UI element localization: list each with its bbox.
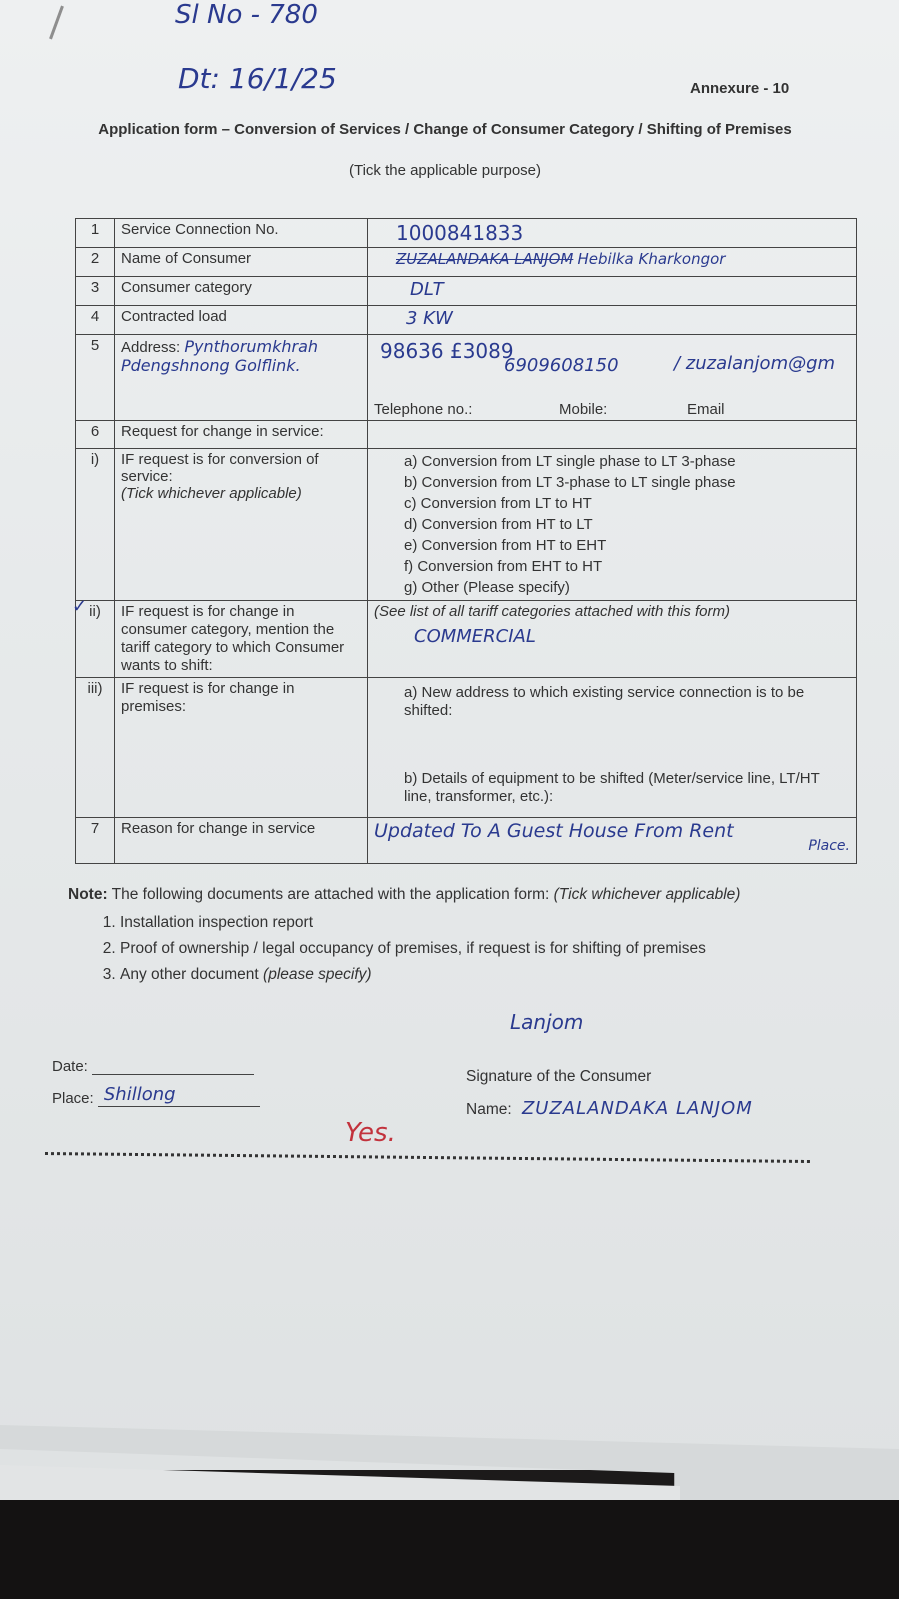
- service-connection-value: 1000841833: [374, 221, 523, 245]
- field-note: (Tick whichever applicable): [121, 485, 361, 502]
- row-number: 2: [76, 248, 115, 277]
- option-lt3-to-lt1[interactable]: b) Conversion from LT 3-phase to LT sing…: [404, 472, 850, 493]
- mobile-value: 6909608150: [504, 355, 619, 376]
- field-label: IF request is for conversion of service:: [121, 451, 361, 485]
- table-row: iii) IF request is for change in premise…: [76, 678, 857, 818]
- email-label: Email: [687, 401, 725, 418]
- tariff-category-value: COMMERCIAL: [374, 626, 850, 647]
- table-row: 2 Name of Consumer ZUZALANDAKA LANJOM He…: [76, 248, 857, 277]
- table-row: 6 Request for change in service:: [76, 421, 857, 449]
- name-label: Name:: [466, 1101, 512, 1118]
- checkmark-icon: ✓: [72, 596, 87, 617]
- notes-section: Note: The following documents are attach…: [68, 884, 798, 990]
- row-number: 7: [76, 818, 115, 864]
- date-underline: [92, 1060, 254, 1075]
- date-annotation: Dt: 16/1/25: [178, 62, 337, 95]
- form-title: Application form – Conversion of Service…: [95, 120, 795, 140]
- row-number: 3: [76, 277, 115, 306]
- row-number: 5: [76, 335, 115, 421]
- background-surface: [0, 1500, 899, 1599]
- option-ht-to-eht[interactable]: e) Conversion from HT to EHT: [404, 535, 850, 556]
- table-row: i) IF request is for conversion of servi…: [76, 449, 857, 601]
- table-row: ii) IF request is for change in consumer…: [76, 601, 857, 678]
- option-lt-to-ht[interactable]: c) Conversion from LT to HT: [404, 493, 850, 514]
- consumer-name-field[interactable]: ZUZALANDAKA LANJOM Hebilka Kharkongor: [368, 248, 857, 277]
- new-address-option: a) New address to which existing service…: [374, 684, 850, 720]
- approval-annotation: Yes.: [345, 1118, 396, 1148]
- address-line-2: Pdengshnong Golflink.: [121, 356, 301, 375]
- field-label: Consumer category: [115, 277, 368, 306]
- contracted-load-value: 3 KW: [374, 308, 453, 329]
- place-field[interactable]: Place: Shillong: [52, 1090, 260, 1107]
- field-label: Name of Consumer: [115, 248, 368, 277]
- field-label: Address:: [121, 339, 180, 356]
- equipment-option: b) Details of equipment to be shifted (M…: [374, 770, 850, 806]
- row-number: 6: [76, 421, 115, 449]
- note-italic: (Tick whichever applicable): [554, 886, 741, 903]
- note-text: The following documents are attached wit…: [108, 886, 554, 903]
- document-item: Installation inspection report: [120, 914, 313, 931]
- conversion-options: a) Conversion from LT single phase to LT…: [368, 449, 857, 601]
- field-label: Contracted load: [115, 306, 368, 335]
- consumer-category-field[interactable]: DLT: [368, 277, 857, 306]
- address-line-1: Pynthorumkhrah: [184, 337, 318, 356]
- contact-field[interactable]: 98636 £3089 6909608150 / zuzalanjom@gm T…: [368, 335, 857, 421]
- field-label: IF request is for change in consumer cat…: [115, 601, 368, 678]
- consumer-category-value: DLT: [374, 279, 444, 300]
- signature-label: Signature of the Consumer: [466, 1068, 651, 1086]
- empty-cell: [368, 421, 857, 449]
- attached-documents-list: Installation inspection report Proof of …: [68, 912, 798, 986]
- tariff-note: (See list of all tariff categories attac…: [374, 603, 850, 620]
- list-item: Any other document (please specify): [120, 964, 798, 986]
- place-label: Place:: [52, 1090, 94, 1107]
- tariff-category-field[interactable]: (See list of all tariff categories attac…: [368, 601, 857, 678]
- date-field[interactable]: Date:: [52, 1058, 254, 1075]
- table-row: 1 Service Connection No. 1000841833: [76, 219, 857, 248]
- signature[interactable]: Lanjom: [510, 1010, 583, 1034]
- document-item: Any other document: [120, 966, 259, 983]
- premises-change-field[interactable]: a) New address to which existing service…: [368, 678, 857, 818]
- list-item: Installation inspection report: [120, 912, 798, 934]
- application-table: 1 Service Connection No. 1000841833 2 Na…: [75, 218, 857, 864]
- consumer-name-struck: ZUZALANDAKA LANJOM: [374, 250, 573, 268]
- table-row: 5 Address: Pynthorumkhrah Pdengshnong Go…: [76, 335, 857, 421]
- table-row: 3 Consumer category DLT: [76, 277, 857, 306]
- field-label: IF request is for change in premises:: [115, 678, 368, 818]
- place-underline: Shillong: [98, 1092, 260, 1107]
- option-lt1-to-lt3[interactable]: a) Conversion from LT single phase to LT…: [404, 451, 850, 472]
- table-row: 4 Contracted load 3 KW: [76, 306, 857, 335]
- option-ht-to-lt[interactable]: d) Conversion from HT to LT: [404, 514, 850, 535]
- note-prefix: Note:: [68, 886, 108, 903]
- list-item: Proof of ownership / legal occupancy of …: [120, 938, 798, 960]
- service-connection-field[interactable]: 1000841833: [368, 219, 857, 248]
- serial-number-annotation: Sl No - 780: [175, 0, 318, 30]
- telephone-value: 98636 £3089: [380, 339, 514, 363]
- row-number: 1: [76, 219, 115, 248]
- reason-field[interactable]: Updated To A Guest House From Rent Place…: [368, 818, 857, 864]
- name-value: ZUZALANDAKA LANJOM: [522, 1098, 753, 1119]
- row-number: iii): [76, 678, 115, 818]
- conversion-label-cell: IF request is for conversion of service:…: [115, 449, 368, 601]
- mobile-label: Mobile:: [559, 401, 687, 418]
- annexure-label: Annexure - 10: [690, 80, 789, 97]
- consumer-name-added: Hebilka Kharkongor: [578, 250, 726, 268]
- document-item: Proof of ownership / legal occupancy of …: [120, 940, 706, 957]
- option-eht-to-ht[interactable]: f) Conversion from EHT to HT: [404, 556, 850, 577]
- document-item-note: (please specify): [259, 966, 372, 983]
- email-value: / zuzalanjom@gm: [674, 353, 835, 374]
- contracted-load-field[interactable]: 3 KW: [368, 306, 857, 335]
- name-field[interactable]: Name: ZUZALANDAKA LANJOM: [466, 1098, 753, 1119]
- field-label: Reason for change in service: [115, 818, 368, 864]
- address-field[interactable]: Address: Pynthorumkhrah Pdengshnong Golf…: [115, 335, 368, 421]
- row-number: i): [76, 449, 115, 601]
- place-value: Shillong: [104, 1084, 176, 1105]
- date-label: Date:: [52, 1058, 88, 1075]
- option-other[interactable]: g) Other (Please specify): [404, 577, 850, 598]
- row-number: 4: [76, 306, 115, 335]
- field-label: Service Connection No.: [115, 219, 368, 248]
- field-label: Request for change in service:: [115, 421, 368, 449]
- telephone-label: Telephone no.:: [374, 401, 559, 418]
- form-subtitle: (Tick the applicable purpose): [95, 162, 795, 179]
- table-row: 7 Reason for change in service Updated T…: [76, 818, 857, 864]
